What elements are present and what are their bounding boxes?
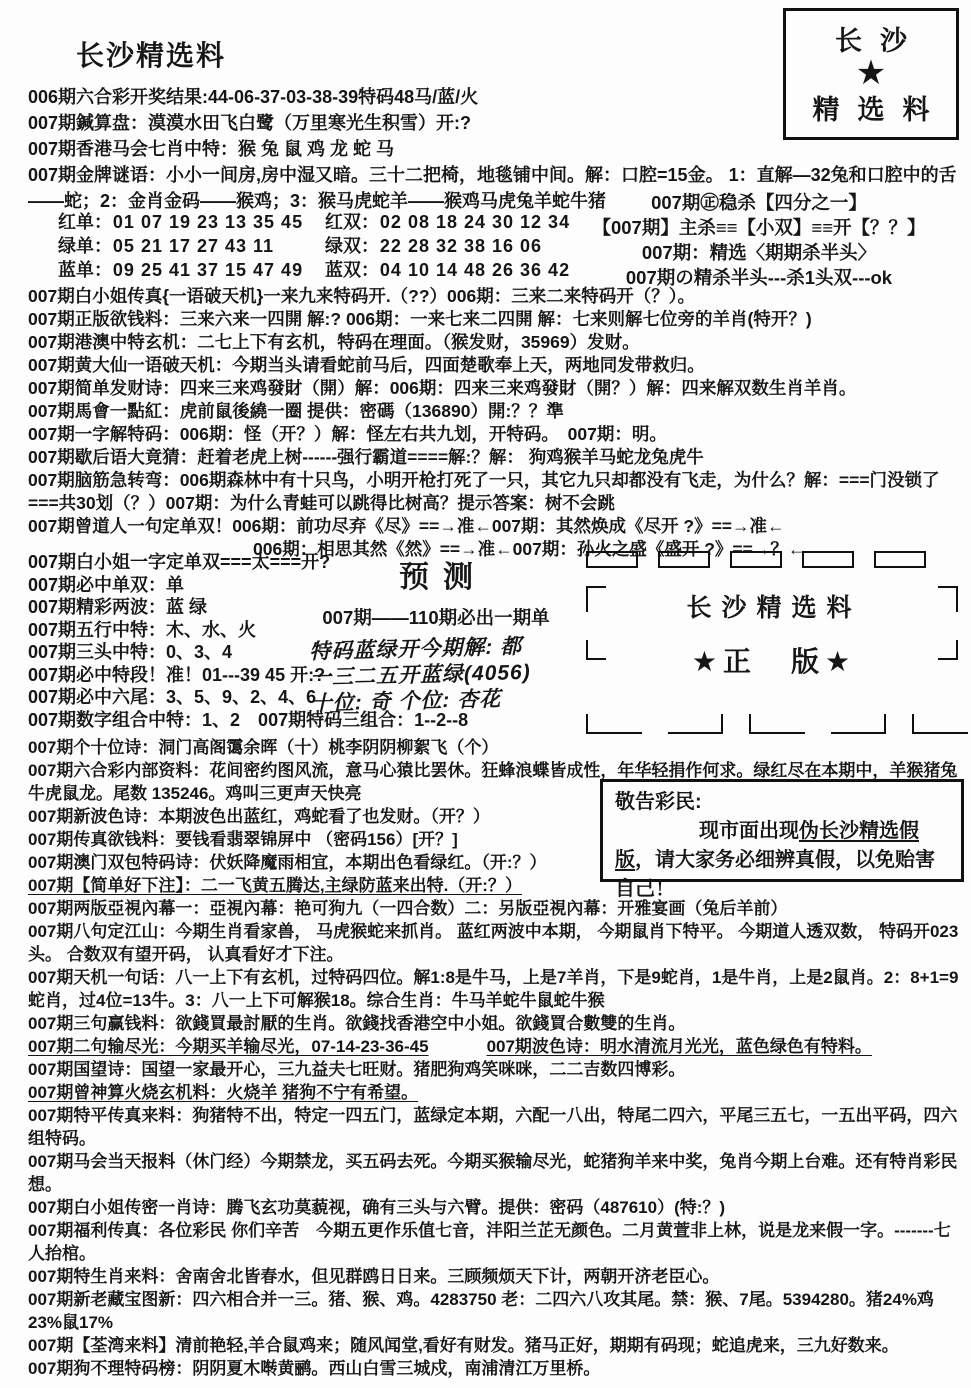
text-line: 007期鍼算盘：漠漠水田飞白鹭（万里寒光生积雪）开:? [28, 110, 963, 136]
bracket-corner-icon [938, 586, 958, 612]
seal-frame: 长沙精选料 ★正 版★ [580, 582, 968, 734]
kill-line: 007期：精选〈期期杀半头〉 [552, 240, 966, 265]
seal-edition-label: ★正 版★ [580, 640, 968, 680]
bracket-corner-icon [749, 714, 805, 734]
text-line: 007期国望诗：国望一家最开心，三九益夫七旺财。猪肥狗鸡笑咪咪，二二吉数四博彩。 [28, 1058, 963, 1081]
row-numbers: 22 28 32 38 16 06 [380, 234, 578, 258]
singles-doubles-table: 红单：01 07 19 23 13 35 45红双：02 08 18 24 30… [58, 210, 578, 282]
row-numbers: 01 07 19 23 13 35 45 [113, 210, 311, 234]
page-title: 长沙精选料 [76, 34, 226, 74]
text-line: 007期特生肖来料：舍南舍北皆春水，但见群鸥日日来。三顾频烦天下计，两朝开济老臣… [28, 1265, 963, 1288]
singles-doubles-row: 绿单：05 21 17 27 43 11绿双：22 28 32 38 16 06 [58, 234, 578, 258]
bracket-corner-icon [912, 714, 968, 734]
row-label: 蓝单： [58, 258, 113, 282]
row-label: 绿单： [58, 234, 113, 258]
row-numbers: 05 21 17 27 43 11 [113, 234, 311, 258]
text-line: 007期六合彩内部资料：花间密约图风流，意马心猿比罢休。狂蜂浪蝶皆成性，年华轻捐… [28, 759, 963, 805]
text-line: 007期三句赢钱料：欲錢買最討厭的生肖。欲錢找香港空中小姐。欲錢買合數雙的生肖。 [28, 1012, 963, 1035]
text-line: 007期曾神算火烧玄机料：火烧羊 猪狗不宁有希望。 [28, 1081, 963, 1104]
bracket-corner-icon [668, 714, 724, 734]
bracket-corner-icon [586, 714, 642, 734]
text-line: 007期福利传真：各位彩民 你们辛苦 今期五更作乐值七音，沣阳兰芷无颜色。二月黄… [28, 1219, 963, 1265]
text-line: 007期八句定江山：今期生肖看家兽， 马虎猴蛇来抓肖。 蓝红两波中本期， 今期鼠… [28, 920, 963, 966]
strip-box-decoration [874, 551, 926, 568]
text-line: 007期脑筋急转弯：006期森林中有十只鸟，小明开枪打死了一只，其它九只却都没有… [28, 469, 963, 515]
text-line: 007期简单发财诗：四来三来鸡發財（開）解：006期：四来三来鸡發財（開？）解：… [28, 377, 963, 400]
row-numbers: 02 08 18 24 30 12 34 [380, 210, 578, 234]
bracket-corner-icon [586, 586, 606, 612]
text-line: 007期马会当天报料（休门经）今期禁龙，买五码去死。今期买猴输尽光，蛇猪狗羊来中… [28, 1150, 963, 1196]
strip-box-decoration [730, 551, 782, 568]
text-line: 007期个十位诗：洞门高阁霭余晖（十）桃李阴阴柳絮飞（个） [28, 736, 963, 759]
text-line: 007期曾道人一句定单双！006期：前功尽弃《尽》==→准←007期：其然焕成《… [28, 515, 963, 538]
forecast-subtitle: 007期——110期必出一期单 [286, 604, 586, 630]
text-line: 007期二句输尽光：今期买羊输尽光，07-14-23-36-45007期波色诗：… [28, 1035, 963, 1058]
bracket-corner-icon [831, 714, 887, 734]
kill-line: 【007期】主杀≡≡【小双】≡≡开【？？】 [552, 215, 966, 240]
text-line: 007期香港马会七肖中特：猴 兔 鼠 鸡 龙 蛇 马 [28, 136, 963, 162]
text-line: 007期新老藏宝图新：四六相合并一三。猪、猴、鸡。4283750 老：二四六八攻… [28, 1288, 963, 1334]
text-line: 007期狗不理特码榜：阴阴夏木啭黄鹂。西山白雪三城戍，南浦清江万里桥。 [28, 1357, 963, 1380]
row-numbers: 09 25 41 37 15 47 49 [113, 258, 311, 282]
text-line: 007期两版亞視內幕一：亞視內幕：艳可狗九（一四合数）二：另版亞視內幕：开雅宴画… [28, 897, 963, 920]
strip-box-decoration [802, 551, 854, 568]
text-line: 007期白小姐传真{一语破天机}一来九来特码开.（??）006期：三来二来特码开… [28, 285, 963, 308]
text-line: 007期澳门双包特码诗：伏妖降魔雨相宜，本期出色看绿红。（开:？） [28, 851, 590, 874]
middle-text-block: 007期白小姐传真{一语破天机}一来九来特码开.（??）006期：三来二来特码开… [28, 285, 963, 561]
authentic-seal-block: 长沙精选料 ★正 版★ [580, 551, 968, 734]
text-line: 007期天机一句话：八一上下有玄机，过特码四位。解1:8是牛马，上是7羊肖，下是… [28, 966, 963, 1012]
row-numbers: 04 10 14 48 26 36 42 [380, 258, 578, 282]
text-line: 007期一字解特码：006期：怪（开？）解：怪左右共九划，开特码。 007期：明… [28, 423, 963, 446]
strip-box-decoration [586, 551, 638, 568]
text-line: 007期特平传真来料：狗猪特不出，特定一四五门，蓝绿定本期，六配一八出，特尾二四… [28, 1104, 963, 1150]
text-line: 007期【荃湾来料】清前艳轻,羊合鼠鸡来；随风闻堂,看好有财发。猪马正好，期期有… [28, 1334, 963, 1357]
row-label: 红双： [325, 210, 380, 234]
text-line: 006期六合彩开奖结果:44-06-37-03-38-39特码48马/蓝/火 [28, 84, 963, 110]
text-line: 007期【简单好下注】：二一飞黄五腾达,主绿防蓝来出特.（开:？） [28, 874, 590, 897]
lower-text-block: 007期个十位诗：洞门高阁霭余晖（十）桃李阴阴柳絮飞（个）007期六合彩内部资料… [28, 736, 963, 1380]
singles-doubles-row: 蓝单：09 25 41 37 15 47 49蓝双：04 10 14 48 26… [58, 258, 578, 282]
forecast-handwriting: 特码蓝绿开今期解: 都一三二五开蓝绿(4056)十位: 奇 个位: 杏花 [309, 632, 587, 717]
bracket-corner-icon [938, 640, 958, 660]
text-line: 007期港澳中特玄机：二七上下有玄机，特码在理面。（猴发财，35969）发财。 [28, 331, 963, 354]
text-line: 007期新波色诗：本期波色出蓝红，鸡蛇看了也发财。（开？） [28, 805, 590, 828]
kill-forecast-block: 007期㊣稳杀【四分之一】【007期】主杀≡≡【小双】≡≡开【？？】007期：精… [552, 190, 966, 290]
forecast-center-block: 预测 007期——110期必出一期单 特码蓝绿开今期解: 都一三二五开蓝绿(40… [286, 552, 586, 714]
row-label: 蓝双： [325, 258, 380, 282]
text-line: 007期传真欲钱料：要钱看翡翠锦屏中 （密码156）[开？] [28, 828, 590, 851]
text-line: 007期歇后语大竟猜：赶着老虎上树------强行霸道====解:？解： 狗鸡猴… [28, 446, 963, 469]
seal-title: 长沙精选料 [580, 582, 968, 624]
singles-doubles-row: 红单：01 07 19 23 13 35 45红双：02 08 18 24 30… [58, 210, 578, 234]
kill-line: 007期㊣稳杀【四分之一】 [552, 190, 966, 215]
stamp-line-1: 长沙 [817, 19, 925, 58]
row-label: 绿双： [325, 234, 380, 258]
text-line: 007期白小姐传密一肖诗：腾飞玄功莫藐视，确有三头与六臂。提供：密码（48761… [28, 1196, 963, 1219]
forecast-title: 预测 [286, 552, 586, 596]
strip-box-decoration [658, 551, 710, 568]
seal-bottom-strip [580, 714, 968, 734]
seal-top-strip [586, 551, 968, 568]
row-label: 红单： [58, 210, 113, 234]
tip-sheet-page: 长沙精选料 长沙 ★ 精选料 006期六合彩开奖结果:44-06-37-03-3… [0, 0, 971, 1388]
text-line: 007期正版欲钱料：三来六来一四開 解:? 006期：一来七来二四開 解：七来则… [28, 308, 963, 331]
text-line: 007期黄大仙一语破天机：今期当头请看蛇前马后，四面楚歌奉上天，两地同发带救归。 [28, 354, 963, 377]
text-line: 007期馬會一點紅：虎前鼠後繞一圈 提供：密碼（136890）開:？？準 [28, 400, 963, 423]
bracket-corner-icon [586, 640, 606, 660]
